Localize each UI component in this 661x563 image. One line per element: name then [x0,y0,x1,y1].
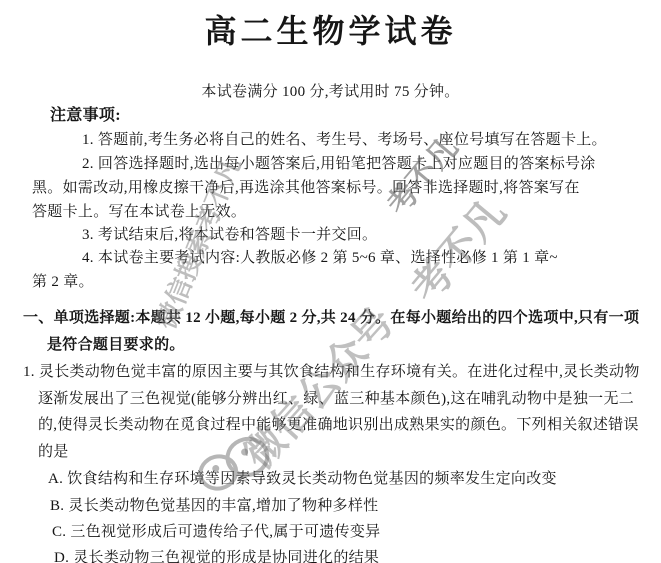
notice-heading: 注意事项: [50,102,121,125]
left-edge-fragment: ) [0,438,1,458]
notice-line-4-cont: 第 2 章。 [32,270,94,291]
notice-line-2-cont-2: 答题卡上。写在本试卷上无效。 [32,200,246,221]
option-c: C. 三色视觉形成后可遗传给子代,属于可遗传变异 [52,520,380,541]
notice-line-3: 3. 考试结束后,将本试卷和答题卡一并交回。 [82,223,377,244]
page-title: 高二生物学试卷 [0,6,661,52]
exam-paper-page: 高二生物学试卷 本试卷满分 100 分,考试用时 75 分钟。 注意事项: 1.… [0,0,661,563]
option-a: A. 饮食结构和生存环境等因素导致灵长类动物色觉基因的频率发生定向改变 [48,467,557,488]
section-header-line-2: 是符合题目要求的。 [47,333,185,354]
question-1-line-4: 的是 [38,440,69,461]
logo-dot-right [240,448,248,456]
notice-line-1: 1. 答题前,考生务必将自己的姓名、考生号、考场号、座位号填写在答题卡上。 [82,128,607,149]
question-1-line-1: 1. 灵长类动物色觉丰富的原因主要与其饮食结构和生存环境有关。在进化过程中,灵长… [23,360,640,381]
kaobufan-logo-icon [192,429,281,500]
question-1-line-3: 的,使得灵长类动物在觅食过程中能够更准确地识别出成熟果实的颜色。下列相关叙述错误 [38,413,639,434]
option-d: D. 灵长类动物三色视觉的形成是协同进化的结果 [54,546,379,563]
exam-info-line: 本试卷满分 100 分,考试用时 75 分钟。 [0,80,661,101]
option-b: B. 灵长类动物色觉基因的丰富,增加了物种多样性 [50,494,378,515]
notice-line-4: 4. 本试卷主要考试内容:人教版必修 2 第 5~6 章、选择性必修 1 第 1… [82,246,558,267]
notice-line-2-cont-1: 黑。如需改动,用橡皮擦干净后,再选涂其他答案标号。回答非选择题时,将答案写在 [32,176,580,197]
section-header-line-1: 一、单项选择题:本题共 12 小题,每小题 2 分,共 24 分。在每小题给出的… [23,306,639,327]
question-1-line-2: 逐渐发展出了三色视觉(能够分辨出红、绿、蓝三种基本颜色),这在哺乳动物中是独一无… [38,387,634,408]
notice-line-2: 2. 回答选择题时,选出每小题答案后,用铅笔把答题卡上对应题目的答案标号涂 [82,152,596,173]
